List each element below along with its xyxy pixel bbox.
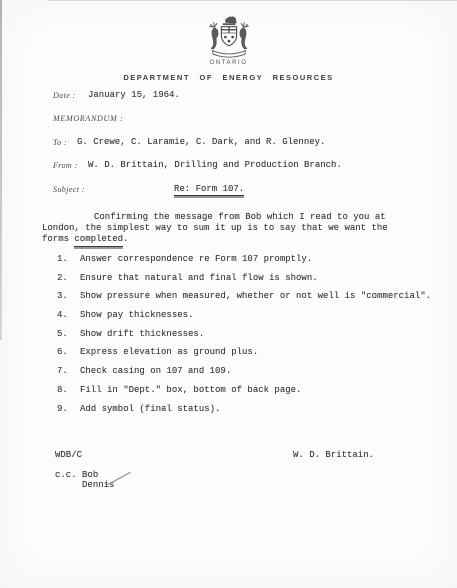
list-item-text: Express elevation as ground plus. [80,347,258,357]
scan-edge-left [0,0,2,340]
subject-value-text: Re: Form 107. [174,184,244,196]
list-item: 4.Show pay thicknesses. [57,310,427,321]
from-value: W. D. Brittain, Drilling and Production … [88,160,342,170]
list-item-text: Fill in "Dept." box, bottom of back page… [80,385,301,395]
list-item-number: 1. [57,254,80,265]
list-item-number: 8. [57,385,80,396]
list-item-number: 7. [57,366,80,377]
list-item: 9.Add symbol (final status). [57,404,427,415]
subject-label: Subject : [53,185,85,194]
from-label: From : [53,161,78,170]
checkmark-icon [104,471,132,485]
memorandum-label: MEMORANDUM : [53,114,123,123]
signature: W. D. Brittain. [293,450,374,460]
list-item: 7.Check casing on 107 and 109. [57,366,427,377]
date-value: January 15, 1964. [88,90,180,100]
list-item-number: 6. [57,347,80,358]
memo-document: ONTARIO DEPARTMENT OF ENERGY RESOURCES D… [0,0,457,588]
ontario-label: ONTARIO [0,60,457,66]
list-item: 2.Ensure that natural and final flow is … [57,273,427,284]
cc-label: c.c. [55,470,77,480]
list-item-number: 2. [57,273,80,284]
list-item-text: Show pressure when measured, whether or … [80,291,431,301]
paragraph-line-2: London, the simplest way to sum it up is… [42,223,398,234]
list-item-number: 4. [57,310,80,321]
list-item-text: Show drift thicknesses. [80,329,204,339]
list-item-number: 5. [57,329,80,340]
department-title: DEPARTMENT OF ENERGY RESOURCES [0,73,457,82]
list-item: 8.Fill in "Dept." box, bottom of back pa… [57,385,427,396]
typist-initials: WDB/C [55,450,82,460]
body-paragraph: Confirming the message from Bob which I … [42,212,398,247]
list-item-number: 9. [57,404,80,415]
scan-edge-top [48,0,457,1]
list-item-text: Answer correspondence re Form 107 prompt… [80,254,312,264]
list-item-text: Add symbol (final status). [80,404,220,414]
date-label: Date : [53,91,76,100]
underlined-word: completed [74,234,123,247]
list-item-number: 3. [57,291,80,302]
subject-value: Re: Form 107. [174,184,244,196]
list-item-text: Ensure that natural and final flow is sh… [80,273,318,283]
paragraph-line-1: Confirming the message from Bob which I … [42,212,398,223]
list-item: 6.Express elevation as ground plus. [57,347,427,358]
paragraph-line-3: forms completed. [42,234,398,247]
list-item-text: Check casing on 107 and 109. [80,366,231,376]
numbered-list: 1.Answer correspondence re Form 107 prom… [57,254,427,422]
to-label: To : [53,138,67,147]
list-item: 3.Show pressure when measured, whether o… [57,291,427,302]
ontario-coat-of-arms-icon [202,14,256,61]
list-item: 1.Answer correspondence re Form 107 prom… [57,254,427,265]
list-item: 5.Show drift thicknesses. [57,329,427,340]
list-item-text: Show pay thicknesses. [80,310,193,320]
to-value: G. Crewe, C. Laramie, C. Dark, and R. Gl… [77,137,325,147]
